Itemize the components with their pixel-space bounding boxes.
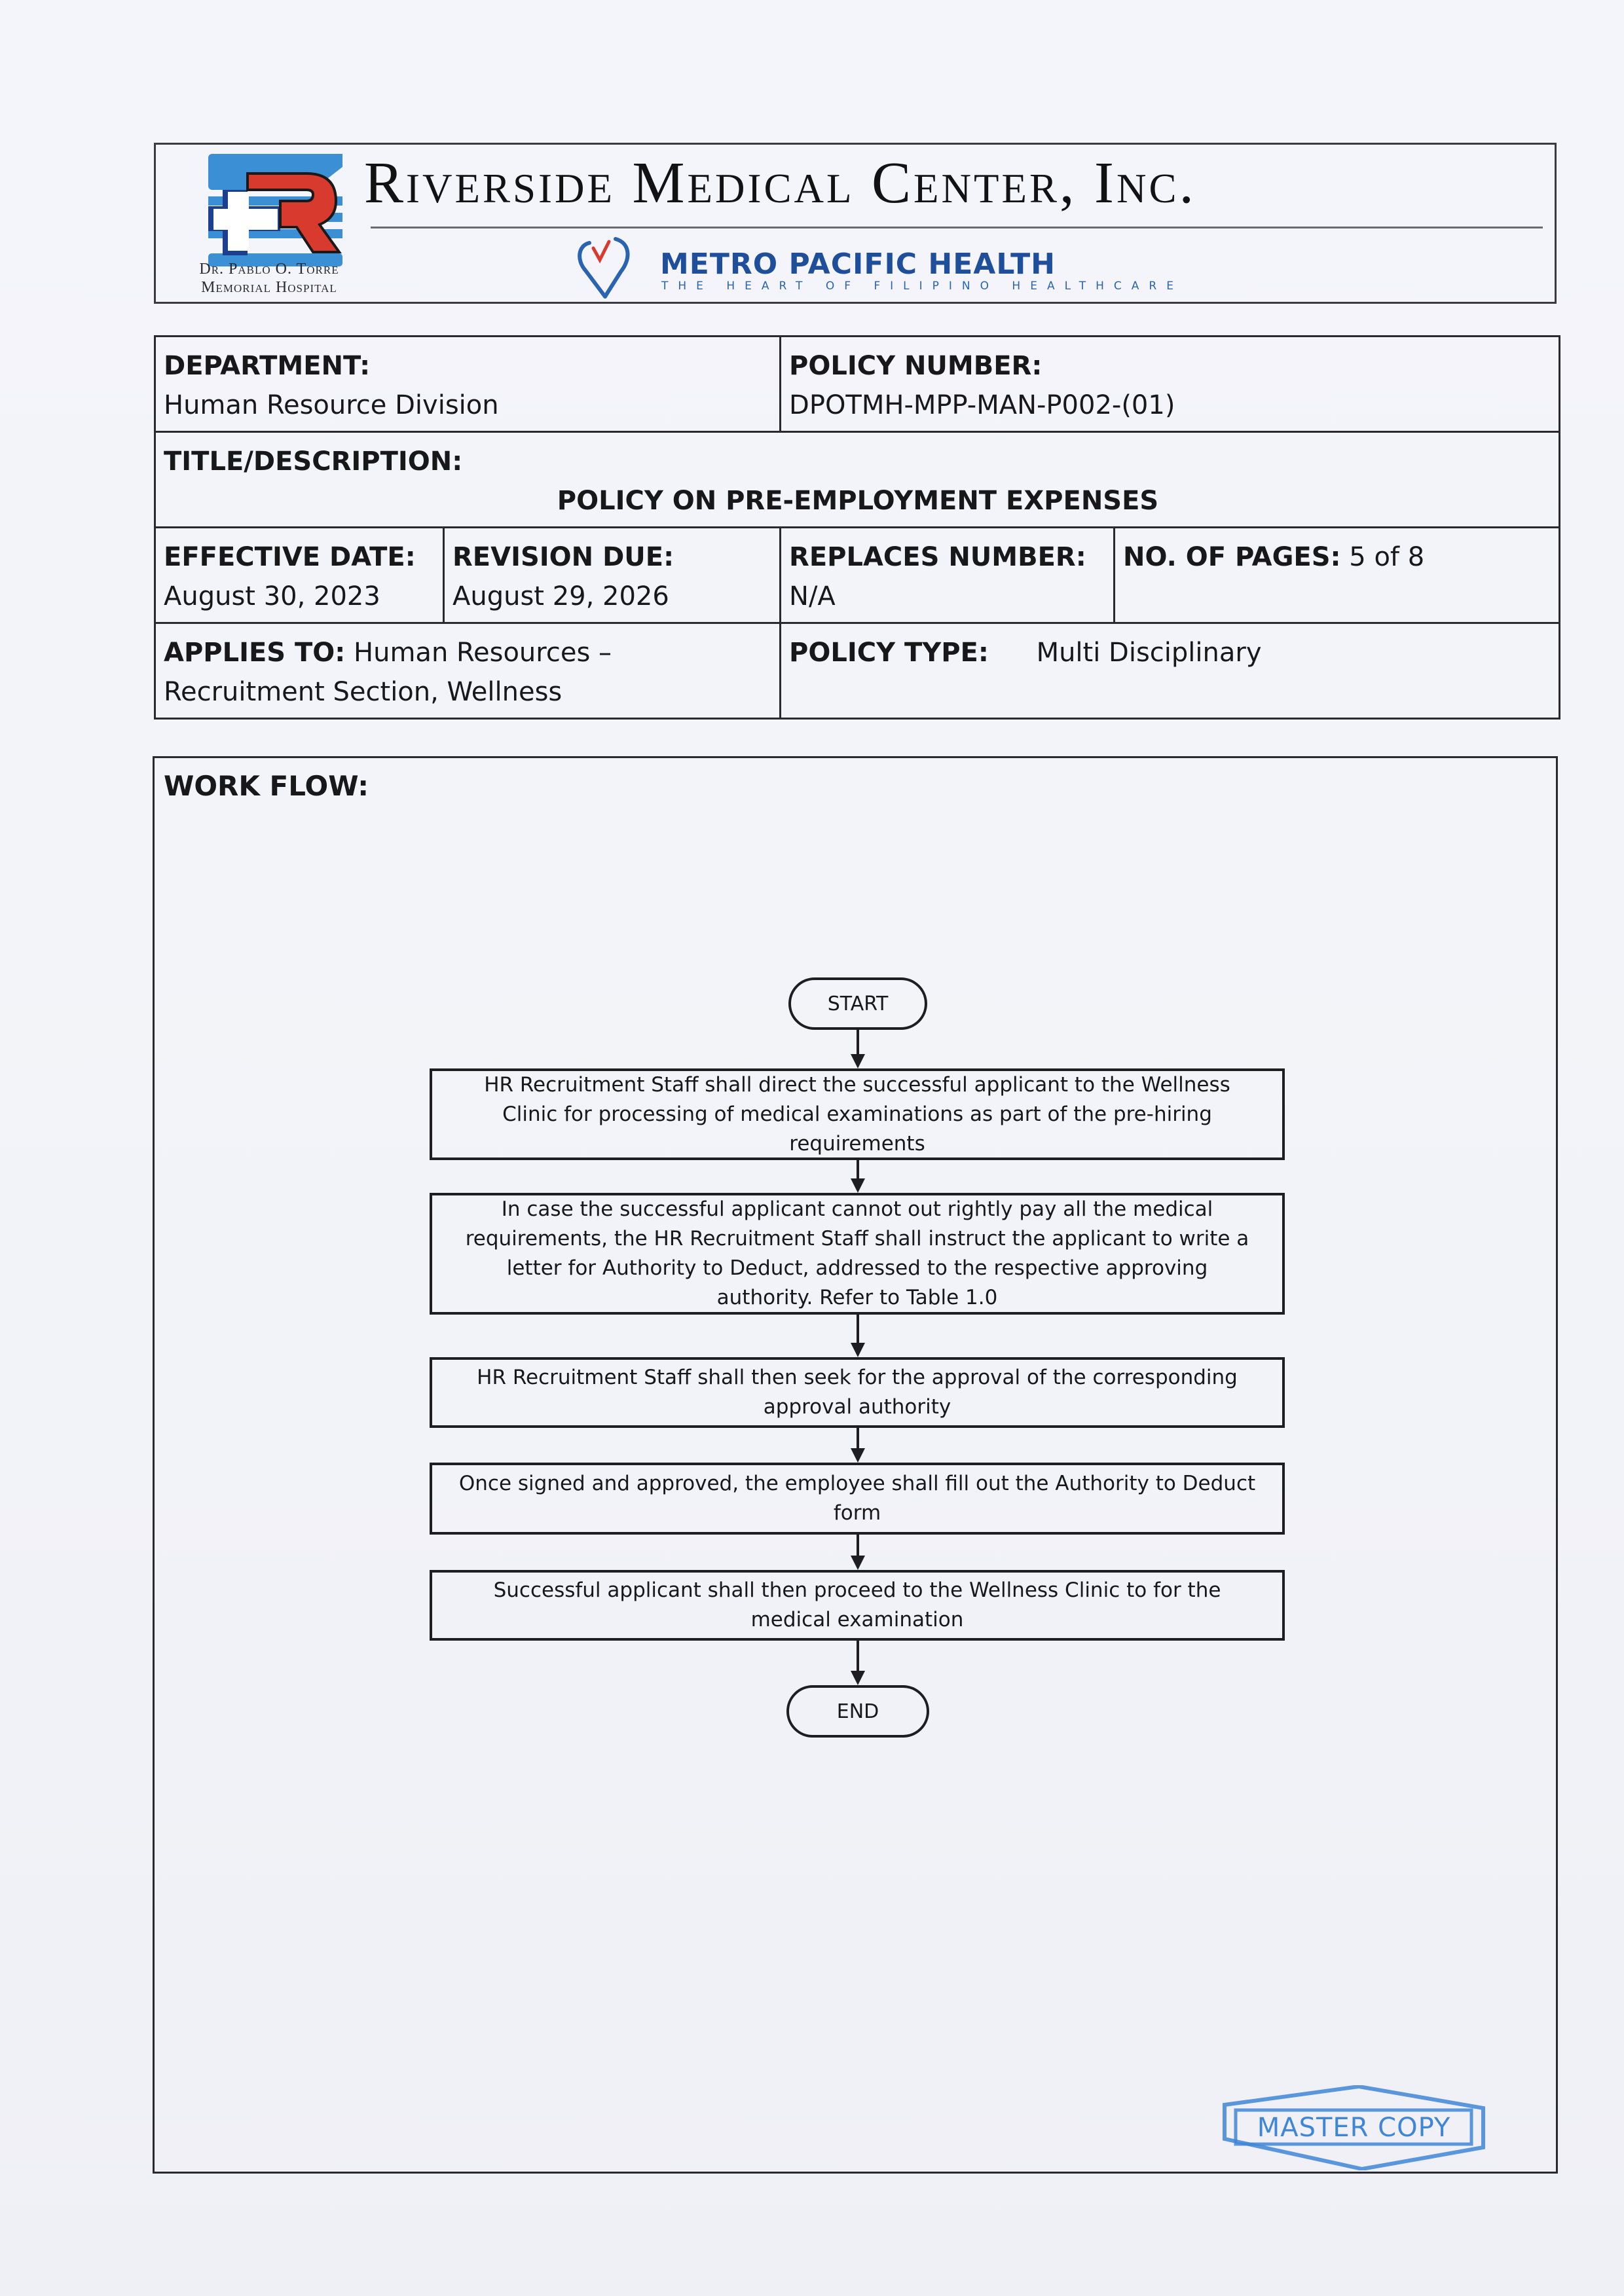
replaces-number-cell: REPLACES NUMBER: N/A	[781, 528, 1115, 623]
arrow-down-icon	[851, 1671, 865, 1685]
flow-end: END	[786, 1685, 929, 1738]
replaces-number-value: N/A	[789, 577, 1107, 616]
connector	[857, 1315, 859, 1344]
connector	[857, 1535, 859, 1557]
connector	[857, 1160, 859, 1180]
pages-label: NO. OF PAGES:	[1123, 542, 1341, 572]
policy-number-cell: POLICY NUMBER: DPOTMH-MPP-MAN-P002-(01)	[781, 337, 1560, 432]
replaces-number-label: REPLACES NUMBER:	[789, 538, 1107, 577]
applies-to-value-line1: Human Resources –	[354, 638, 612, 668]
pages-cell: NO. OF PAGES: 5 of 8	[1115, 528, 1560, 623]
header-divider	[371, 227, 1543, 228]
hospital-caption: Dr. Pablo O. Torre Memorial Hospital	[161, 260, 377, 297]
arrow-down-icon	[851, 1054, 865, 1068]
arrow-down-icon	[851, 1178, 865, 1193]
applies-to-value-line2: Recruitment Section, Wellness	[164, 672, 773, 712]
effective-date-label: EFFECTIVE DATE:	[164, 538, 436, 577]
policy-number-value: DPOTMH-MPP-MAN-P002-(01)	[789, 386, 1552, 425]
policy-metadata-table: DEPARTMENT: Human Resource Division POLI…	[154, 335, 1560, 720]
title-label: TITLE/DESCRIPTION:	[164, 442, 1552, 481]
letterhead: Dr. Pablo O. Torre Memorial Hospital Riv…	[154, 143, 1557, 304]
policy-type-label: POLICY TYPE:	[789, 638, 989, 668]
stamp-text: MASTER COPY	[1221, 2085, 1486, 2170]
organization-name: Riverside Medical Center, Inc.	[364, 147, 1543, 219]
flow-start: START	[788, 977, 927, 1030]
rmc-cross-r-logo-icon	[208, 154, 342, 268]
flowchart: START HR Recruitment Staff shall direct …	[155, 758, 1560, 2176]
revision-due-value: August 29, 2026	[452, 577, 773, 616]
connector	[857, 1641, 859, 1673]
applies-to-cell: APPLIES TO: Human Resources – Recruitmen…	[155, 623, 781, 719]
table-row: APPLIES TO: Human Resources – Recruitmen…	[155, 623, 1560, 719]
policy-number-label: POLICY NUMBER:	[789, 346, 1552, 386]
policy-type-cell: POLICY TYPE: Multi Disciplinary	[781, 623, 1560, 719]
flow-step-2: In case the successful applicant cannot …	[430, 1193, 1285, 1315]
flow-step-4: Once signed and approved, the employee s…	[430, 1463, 1285, 1535]
department-label: DEPARTMENT:	[164, 346, 773, 386]
flow-step-1: HR Recruitment Staff shall direct the su…	[430, 1068, 1285, 1160]
partner-tagline: THE HEART OF FILIPINO HEALTHCARE	[661, 280, 1183, 293]
effective-date-cell: EFFECTIVE DATE: August 30, 2023	[155, 528, 444, 623]
revision-due-label: REVISION DUE:	[452, 538, 773, 577]
pages-value: 5 of 8	[1349, 542, 1424, 572]
partner-name: METRO PACIFIC HEALTH	[660, 249, 1056, 280]
policy-type-value: Multi Disciplinary	[1037, 638, 1262, 668]
table-row: EFFECTIVE DATE: August 30, 2023 REVISION…	[155, 528, 1560, 623]
effective-date-value: August 30, 2023	[164, 577, 436, 616]
connector	[857, 1428, 859, 1449]
hospital-caption-line1: Dr. Pablo O. Torre	[161, 260, 377, 278]
arrow-down-icon	[851, 1343, 865, 1357]
connector	[857, 1030, 859, 1056]
table-row: TITLE/DESCRIPTION: POLICY ON PRE-EMPLOYM…	[155, 432, 1560, 528]
applies-to-label: APPLIES TO:	[164, 638, 345, 668]
flow-step-5: Successful applicant shall then proceed …	[430, 1570, 1285, 1641]
hospital-caption-line2: Memorial Hospital	[161, 278, 377, 297]
department-value: Human Resource Division	[164, 386, 773, 425]
department-cell: DEPARTMENT: Human Resource Division	[155, 337, 781, 432]
workflow-section: WORK FLOW: START HR Recruitment Staff sh…	[153, 756, 1558, 2174]
master-copy-stamp: MASTER COPY	[1221, 2085, 1486, 2170]
policy-title: POLICY ON PRE-EMPLOYMENT EXPENSES	[164, 481, 1552, 520]
heart-logo-icon	[575, 236, 634, 302]
document-page: Dr. Pablo O. Torre Memorial Hospital Riv…	[0, 0, 1624, 2296]
arrow-down-icon	[851, 1556, 865, 1570]
arrow-down-icon	[851, 1448, 865, 1463]
revision-due-cell: REVISION DUE: August 29, 2026	[444, 528, 781, 623]
table-row: DEPARTMENT: Human Resource Division POLI…	[155, 337, 1560, 432]
flow-step-3: HR Recruitment Staff shall then seek for…	[430, 1357, 1285, 1428]
title-cell: TITLE/DESCRIPTION: POLICY ON PRE-EMPLOYM…	[155, 432, 1560, 528]
